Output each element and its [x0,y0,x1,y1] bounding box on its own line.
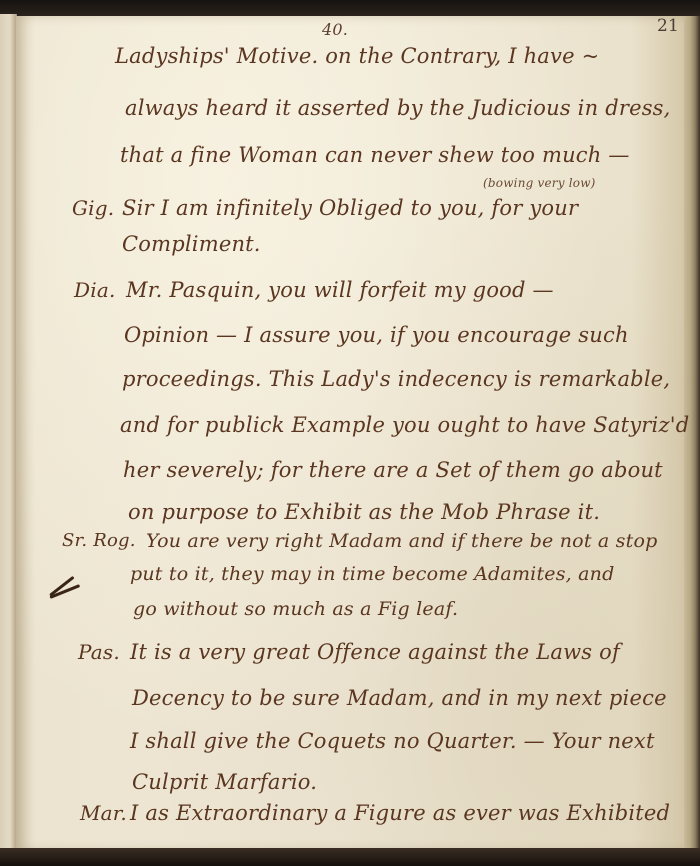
text-line: You are very right Madam and if there be… [146,530,657,552]
speaker-label: Dia. [74,278,116,302]
page-number: 40. [322,20,348,39]
text-line: Opinion — I assure you, if you encourage… [124,323,629,347]
folio-number: 21 [657,16,679,36]
text-line: go without so much as a Fig leaf. [133,598,458,620]
text-line: Sir I am infinitely Obliged to you, for … [122,196,578,220]
text-line: I shall give the Coquets no Quarter. — Y… [130,729,655,753]
scan-top-border [0,0,700,16]
stage-direction: (bowing very low) [483,176,596,190]
text-line: Mr. Pasquin, you will forfeit my good — [126,278,554,302]
text-line: Culprit Marfario. [132,770,317,794]
text-line: Compliment. [122,232,261,256]
text-line: Decency to be sure Madam, and in my next… [132,686,667,710]
text-line: It is a very great Offence against the L… [130,640,620,664]
text-line: Ladyships' Motive. on the Contrary, I ha… [115,44,599,68]
text-line: her severely; for there are a Set of the… [123,458,663,482]
text-line: always heard it asserted by the Judiciou… [125,96,671,120]
text-line: proceedings. This Lady's indecency is re… [122,367,670,391]
text-line: put to it, they may in time become Adami… [130,563,614,585]
text-line: on purpose to Exhibit as the Mob Phrase … [128,500,600,524]
speaker-label: Sr. Rog. [62,530,136,551]
scan-bottom-border [0,848,700,866]
previous-page-edge [0,14,17,850]
speaker-label: Pas. [78,640,120,664]
text-line: that a fine Woman can never shew too muc… [120,143,630,167]
speaker-label: Mar. [80,801,127,825]
text-line: and for publick Example you ought to hav… [120,413,689,437]
speaker-label: Gig. [72,196,114,220]
text-line: I as Extraordinary a Figure as ever was … [130,801,670,825]
